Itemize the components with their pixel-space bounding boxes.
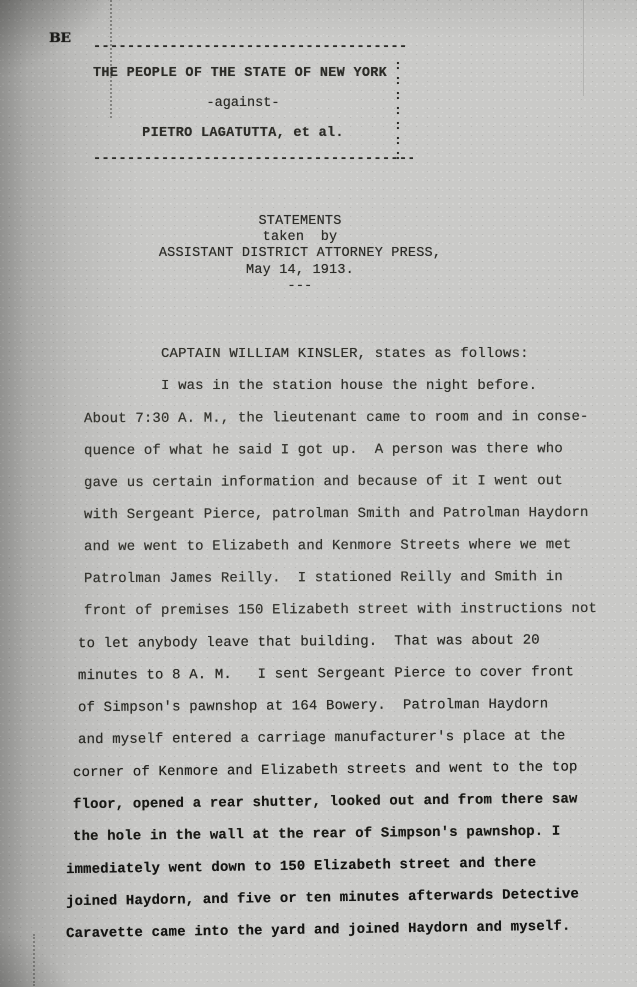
fold-mark-bottom (33, 934, 35, 986)
body-line: and we went to Elizabeth and Kenmore Str… (84, 529, 624, 563)
body-line: quence of what he said I got up. A perso… (84, 433, 624, 467)
body-line: gave us certain information and because … (84, 465, 624, 499)
caption-dash-bottom: -------------------------------------- (93, 154, 413, 166)
body-line: with Sergeant Pierce, patrolman Smith an… (84, 497, 624, 531)
page-stamp: BE (49, 30, 71, 45)
caption-colon-border: ::::::: (394, 58, 402, 163)
heading-line: ASSISTANT DISTRICT ATTORNEY PRESS, (90, 246, 510, 262)
against-label: -against- (93, 96, 393, 111)
caption-dash-top: ------------------------------------- (93, 42, 407, 54)
caption-colon: : (394, 73, 402, 88)
body-line: CAPTAIN WILLIAM KINSLER, states as follo… (84, 338, 624, 370)
body-line: I was in the station house the night bef… (84, 370, 624, 402)
plaintiff-name: THE PEOPLE OF THE STATE OF NEW YORK (93, 66, 415, 81)
body-line: About 7:30 A. M., the lieutenant came to… (84, 401, 624, 435)
statements-heading: STATEMENTStaken byASSISTANT DISTRICT ATT… (90, 214, 510, 295)
heading-line: --- (90, 279, 510, 295)
caption-colon: : (394, 118, 402, 133)
body-line: of Simpson's pawnshop at 164 Bowery. Pat… (78, 688, 624, 724)
scanned-document-page: BE -------------------------------------… (0, 0, 637, 987)
body-line: minutes to 8 A. M. I sent Sergeant Pierc… (78, 656, 624, 692)
statement-body-text: CAPTAIN WILLIAM KINSLER, states as follo… (84, 338, 624, 946)
caption-colon: : (394, 103, 402, 118)
caption-colon: : (394, 58, 402, 73)
body-line: and myself entered a carriage manufactur… (78, 720, 624, 756)
body-line: front of premises 150 Elizabeth street w… (84, 593, 624, 627)
caption-colon: : (394, 133, 402, 148)
crease-line-right (583, 0, 584, 96)
body-line: to let anybody leave that building. That… (78, 624, 624, 660)
heading-line: May 14, 1913. (90, 263, 510, 279)
body-line: Patrolman James Reilly. I stationed Reil… (84, 561, 624, 595)
case-caption-box: ------------------------------------- TH… (93, 42, 415, 166)
defendant-name: PIETRO LAGATUTTA, et al. (93, 126, 393, 141)
heading-line: taken by (90, 230, 510, 246)
caption-colon: : (394, 88, 402, 103)
heading-line: STATEMENTS (90, 214, 510, 230)
body-line: Caravette came into the yard and joined … (66, 910, 624, 950)
caption-colon: : (394, 148, 402, 163)
